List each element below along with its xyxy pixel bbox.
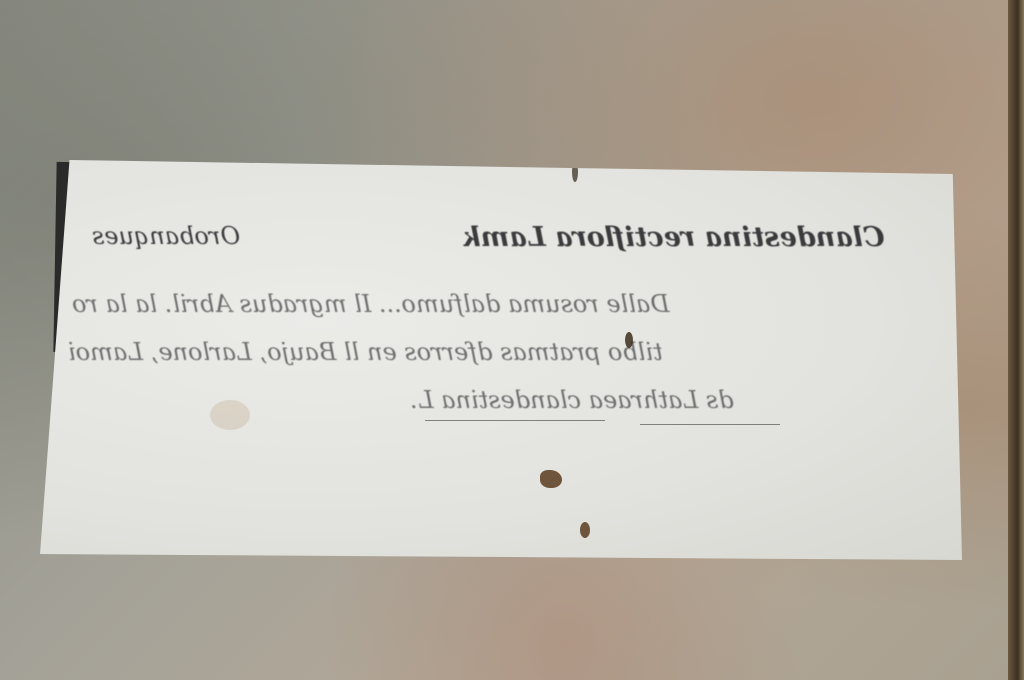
board-edge — [1008, 0, 1024, 680]
stain — [210, 400, 250, 430]
label-text-family: Orobanques — [92, 222, 240, 250]
label-text-line-3: tilbo pratmas dferros en ll Baujo, Larlo… — [68, 338, 663, 366]
underline — [640, 424, 780, 425]
underline — [425, 420, 605, 421]
label-text-species: Clandestina rectiflora Lamk — [462, 222, 884, 253]
label-text-line-2: Dalle rosuma dalfumo... Il mgradus Abril… — [72, 290, 670, 318]
label-text-line-4: ds Lathraea clandestina L. — [410, 386, 734, 414]
stain — [580, 522, 590, 538]
stain — [540, 470, 562, 488]
